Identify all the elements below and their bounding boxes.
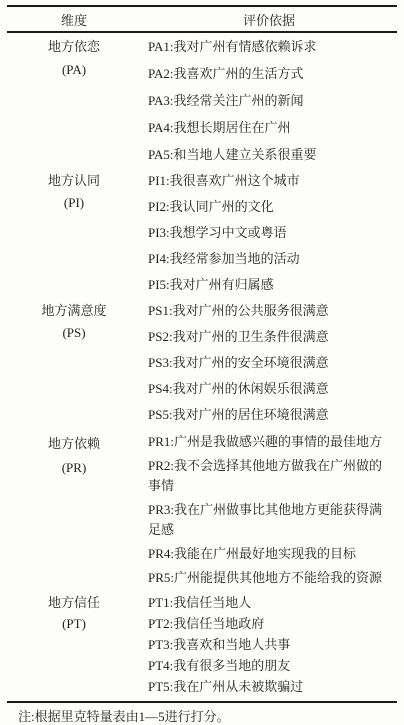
criteria-item: PT4:我有很多当地的朋友	[148, 655, 388, 676]
dimension-cell: 地方依赖 (PR)	[0, 432, 148, 592]
dimension-code: (PS)	[0, 320, 148, 346]
criteria-item: PS5:我对广州的居住环境很满意	[148, 402, 388, 428]
dimension-group-pr: 地方依赖 (PR) PR1:广州是我做感兴趣的事情的最佳地方 PR2:我不会选择…	[0, 428, 404, 592]
dimension-cell: 地方依恋 (PA)	[0, 33, 148, 168]
table-note: 注:根据里克特量表由1—5进行打分。	[0, 703, 404, 724]
criteria-item: PS2:我对广州的卫生条件很满意	[148, 324, 388, 350]
table-header-dimension: 维度	[0, 10, 148, 29]
criteria-cell: PA1:我对广州有情感依赖诉求 PA2:我喜欢广州的生活方式 PA3:我经常关注…	[148, 33, 404, 168]
dimension-code: (PA)	[0, 56, 148, 83]
criteria-item: PT3:我喜欢和当地人共事	[148, 634, 388, 655]
criteria-item: PS4:我对广州的休闲娱乐很满意	[148, 376, 388, 402]
table-header-criteria: 评价依据	[148, 10, 404, 29]
criteria-item: PI3:我想学习中文或粤语	[148, 220, 388, 246]
criteria-item: PI5:我对广州有归属感	[148, 272, 388, 298]
criteria-item: PS1:我对广州的公共服务很满意	[148, 298, 388, 324]
dimension-code: (PR)	[0, 456, 148, 480]
paper-table-page: 维度 评价依据 地方依恋 (PA) PA1:我对广州有情感依赖诉求 PA2:我喜…	[0, 0, 404, 725]
criteria-item: PA1:我对广州有情感依赖诉求	[148, 33, 388, 60]
criteria-item: PR4:我能在广州最好地实现我的目标	[148, 544, 388, 564]
dimension-code: (PI)	[0, 190, 148, 216]
criteria-cell: PI1:我很喜欢广州这个城市 PI2:我认同广州的文化 PI3:我想学习中文或粤…	[148, 168, 404, 298]
criteria-item: PI4:我经常参加当地的活动	[148, 246, 388, 272]
dimension-cell: 地方信任 (PT)	[0, 592, 148, 697]
criteria-item: PT2:我信任当地政府	[148, 613, 388, 634]
criteria-item: PR2:我不会选择其他地方做我在广州做的事情	[148, 456, 388, 496]
dimension-group-ps: 地方满意度 (PS) PS1:我对广州的公共服务很满意 PS2:我对广州的卫生条…	[0, 298, 404, 428]
dimension-label: 地方依赖	[0, 432, 148, 456]
criteria-item: PR3:我在广州做事比其他地方更能获得满足感	[148, 500, 388, 540]
dimension-label: 地方信任	[0, 592, 148, 613]
criteria-item: PA2:我喜欢广州的生活方式	[148, 60, 388, 87]
criteria-item: PT5:我在广州从未被欺骗过	[148, 676, 388, 697]
criteria-item: PA5:和当地人建立关系很重要	[148, 141, 388, 168]
dimension-cell: 地方认同 (PI)	[0, 168, 148, 298]
criteria-item: PR5:广州能提供其他地方不能给我的资源	[148, 568, 388, 588]
dimension-group-pi: 地方认同 (PI) PI1:我很喜欢广州这个城市 PI2:我认同广州的文化 PI…	[0, 168, 404, 298]
criteria-item: PI2:我认同广州的文化	[148, 194, 388, 220]
dimension-code: (PT)	[0, 613, 148, 634]
criteria-item: PS3:我对广州的安全环境很满意	[148, 350, 388, 376]
criteria-cell: PR1:广州是我做感兴趣的事情的最佳地方 PR2:我不会选择其他地方做我在广州做…	[148, 432, 404, 592]
dimension-cell: 地方满意度 (PS)	[0, 298, 148, 428]
criteria-item: PI1:我很喜欢广州这个城市	[148, 168, 388, 194]
criteria-item: PA3:我经常关注广州的新闻	[148, 87, 388, 114]
criteria-item: PA4:我想长期居住在广州	[148, 114, 388, 141]
criteria-item: PT1:我信任当地人	[148, 592, 388, 613]
dimension-group-pa: 地方依恋 (PA) PA1:我对广州有情感依赖诉求 PA2:我喜欢广州的生活方式…	[0, 33, 404, 168]
dimension-group-pt: 地方信任 (PT) PT1:我信任当地人 PT2:我信任当地政府 PT3:我喜欢…	[0, 592, 404, 701]
criteria-cell: PS1:我对广州的公共服务很满意 PS2:我对广州的卫生条件很满意 PS3:我对…	[148, 298, 404, 428]
table-header-row: 维度 评价依据	[0, 7, 404, 31]
criteria-cell: PT1:我信任当地人 PT2:我信任当地政府 PT3:我喜欢和当地人共事 PT4…	[148, 592, 404, 697]
criteria-item: PR1:广州是我做感兴趣的事情的最佳地方	[148, 432, 388, 452]
